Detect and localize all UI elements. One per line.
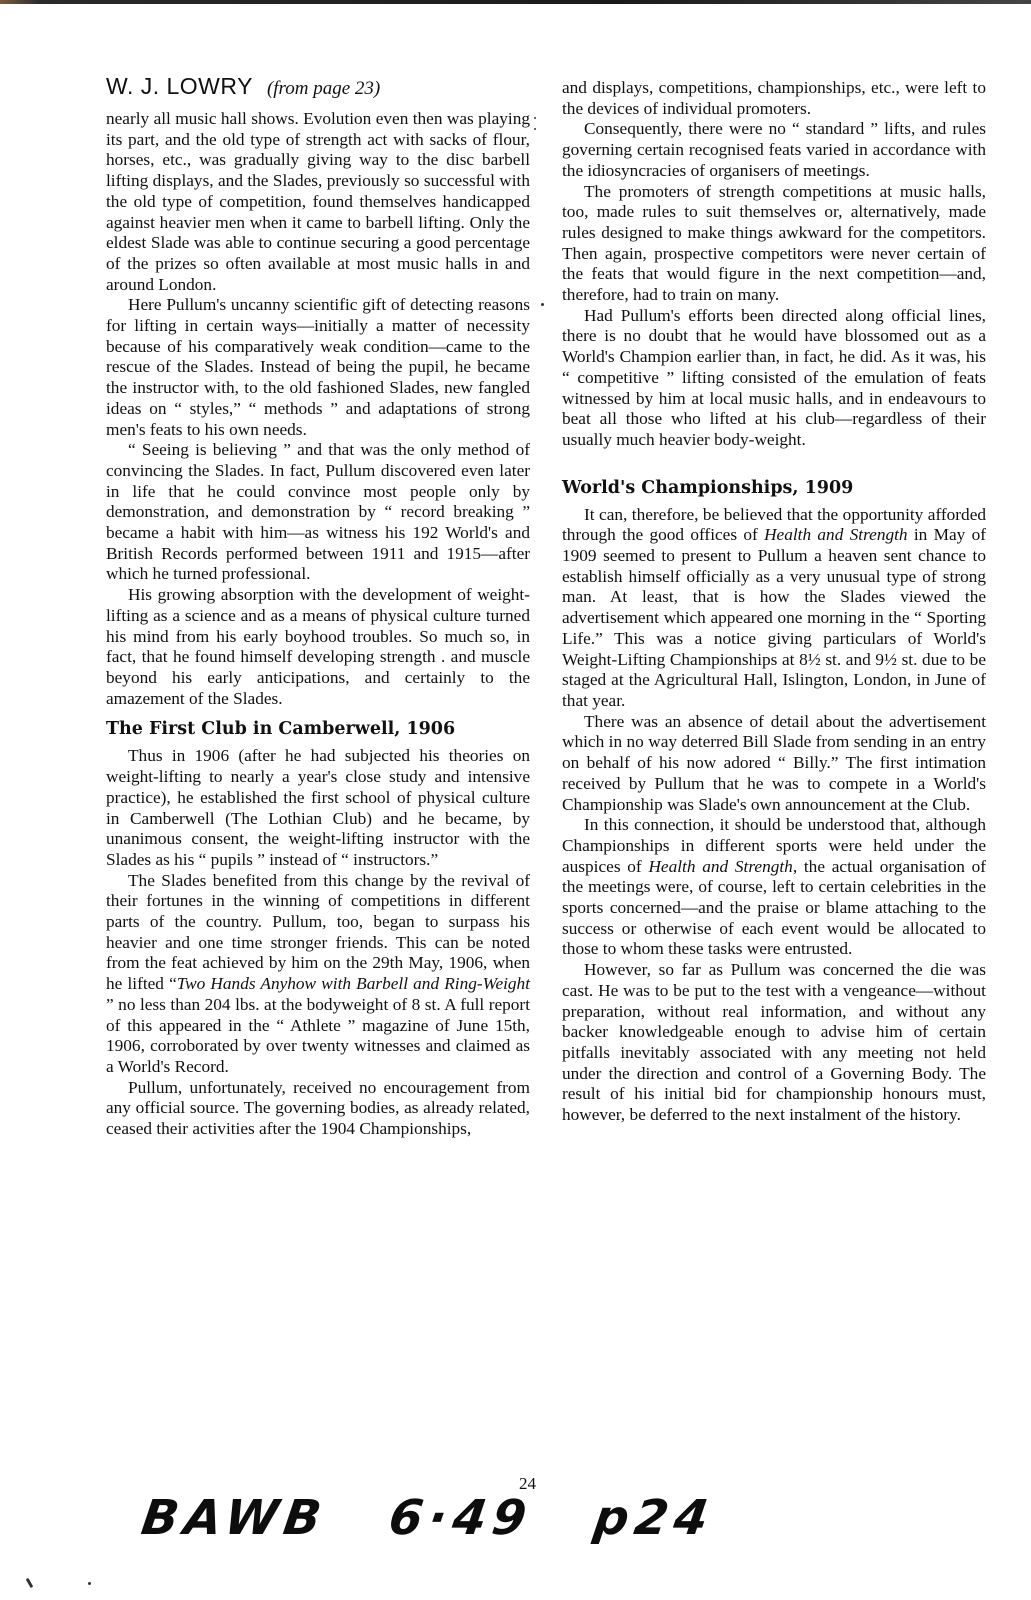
continuation-note: (from page 23): [267, 78, 380, 99]
paragraph: However, so far as Pullum was concerned …: [562, 960, 986, 1126]
paragraph: Consequently, there were no “ standard ”…: [562, 119, 986, 181]
article-header: W. J. LOWRY(from page 23): [106, 72, 530, 103]
left-column: W. J. LOWRY(from page 23) nearly all mus…: [106, 72, 530, 1140]
paragraph: Here Pullum's uncanny scientific gift of…: [106, 295, 530, 440]
section-heading: The First Club in Camberwell, 1906: [106, 718, 530, 740]
top-edge-rule: [0, 0, 1031, 4]
scan-speck: [541, 303, 544, 306]
paragraph: and displays, competitions, championship…: [562, 78, 986, 119]
italic-publication-name: Health and Strength: [648, 857, 792, 876]
paragraph: It can, therefore, be believed that the …: [562, 505, 986, 712]
paragraph: The Slades benefited from this change by…: [106, 871, 530, 1078]
italic-feat-name: Two Hands Anyhow with Barbell and Ring-W…: [177, 974, 530, 993]
paragraph: In this connection, it should be underst…: [562, 815, 986, 960]
section-heading: World's Championships, 1909: [562, 477, 986, 499]
scan-speck: [26, 1578, 34, 1588]
paragraph: The promoters of strength competitions a…: [562, 182, 986, 306]
right-column: and displays, competitions, championship…: [562, 78, 986, 1126]
scan-speck: [88, 1582, 91, 1585]
paragraph: nearly all music hall shows. Evolution e…: [106, 109, 530, 295]
paragraph: Pullum, unfortunately, received no encou…: [106, 1078, 530, 1140]
paragraph: “ Seeing is believing ” and that was the…: [106, 440, 530, 585]
author-name: W. J. LOWRY: [106, 73, 253, 99]
scan-speck: [534, 128, 536, 130]
paragraph: Thus in 1906 (after he had subjected his…: [106, 746, 530, 870]
scan-speck: [534, 117, 536, 119]
handwritten-annotation: BAWB 6·49 p24: [138, 1490, 718, 1546]
paragraph: There was an absence of detail about the…: [562, 712, 986, 816]
paragraph: His growing absorption with the developm…: [106, 585, 530, 709]
paragraph: Had Pullum's efforts been directed along…: [562, 306, 986, 451]
italic-publication-name: Health and Strength: [764, 525, 908, 544]
